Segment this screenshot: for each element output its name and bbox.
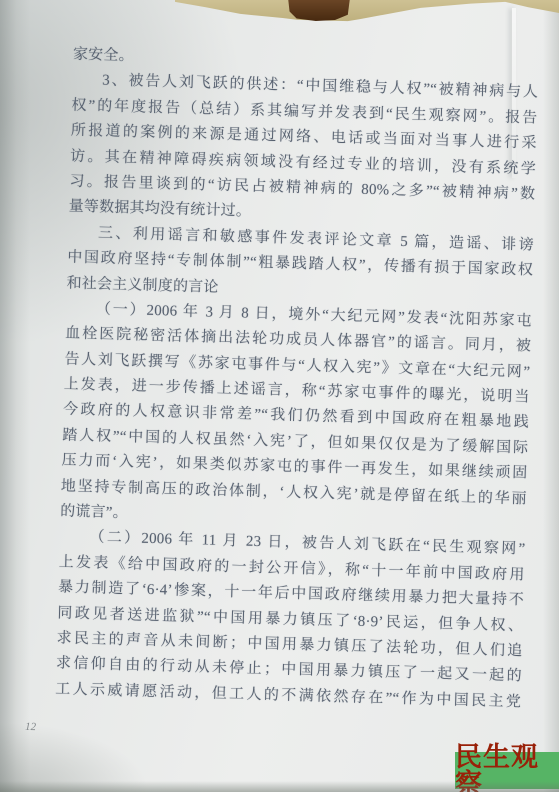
desk-surface (175, 0, 559, 24)
page-right-edge-shadow (543, 0, 559, 792)
photo-bottom-left-shade (0, 722, 150, 792)
photo-background: 家安全。3、被告人刘飞跃的供述：“中国维稳与人权”“被精神病与人权”的年度报告（… (0, 0, 559, 792)
document-text: 家安全。3、被告人刘飞跃的供述：“中国维稳与人权”“被精神病与人权”的年度报告（… (55, 43, 539, 716)
page-left-edge-shadow (0, 0, 30, 792)
